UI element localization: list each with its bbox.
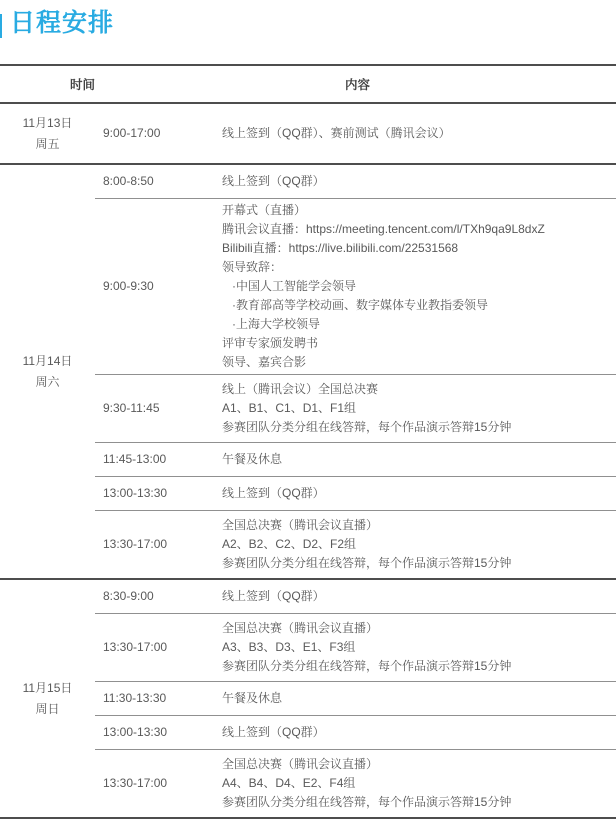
content-line: 线上签到（QQ群）	[222, 172, 610, 191]
date-line-1: 11月13日	[23, 113, 73, 134]
table-header-row: 时间 内容	[0, 64, 616, 104]
content-line: 腾讯会议直播：https://meeting.tencent.com/l/TXh…	[222, 220, 610, 239]
row-time: 8:00-8:50	[95, 172, 222, 191]
content-line: A2、B2、C2、D2、F2组	[222, 535, 610, 554]
content-line: 线上签到（QQ群）、赛前测试（腾讯会议）	[222, 124, 610, 143]
row-time: 13:30-17:00	[95, 638, 222, 657]
content-line: 线上签到（QQ群）	[222, 587, 610, 606]
table-row: 9:00-17:00 线上签到（QQ群）、赛前测试（腾讯会议）	[95, 104, 616, 163]
content-line: 参赛团队分类分组在线答辩，每个作品演示答辩15分钟	[222, 418, 610, 437]
day-block: 11月15日 周日 8:30-9:00 线上签到（QQ群） 13:30-17:0…	[0, 580, 616, 819]
content-line: 领导致辞：	[222, 258, 610, 277]
date-line-2: 周五	[35, 134, 59, 155]
row-time: 13:30-17:00	[95, 535, 222, 554]
page-title: 日程安排	[10, 8, 616, 38]
content-line: 线上（腾讯会议）全国总决赛	[222, 380, 610, 399]
content-line: A3、B3、D3、E1、F3组	[222, 638, 610, 657]
table-row: 13:00-13:30 线上签到（QQ群）	[95, 716, 616, 750]
schedule-table: 时间 内容 11月13日 周五 9:00-17:00 线上签到（QQ群）、赛前测…	[0, 64, 616, 819]
content-line: 参赛团队分类分组在线答辩，每个作品演示答辩15分钟	[222, 554, 610, 573]
row-content: 午餐及休息	[222, 450, 616, 469]
row-content: 全国总决赛（腾讯会议直播）A2、B2、C2、D2、F2组参赛团队分类分组在线答辩…	[222, 516, 616, 573]
content-line: ·中国人工智能学会领导	[222, 277, 610, 296]
content-line: 全国总决赛（腾讯会议直播）	[222, 619, 610, 638]
content-line: 领导、嘉宾合影	[222, 353, 610, 372]
row-content: 午餐及休息	[222, 689, 616, 708]
content-line: A4、B4、D4、E2、F4组	[222, 774, 610, 793]
table-row: 13:00-13:30 线上签到（QQ群）	[95, 477, 616, 511]
day-block: 11月13日 周五 9:00-17:00 线上签到（QQ群）、赛前测试（腾讯会议…	[0, 104, 616, 165]
column-header-content: 内容	[165, 66, 550, 102]
table-row: 11:30-13:30 午餐及休息	[95, 682, 616, 716]
content-line: 午餐及休息	[222, 450, 610, 469]
row-time: 13:00-13:30	[95, 723, 222, 742]
date-line-2: 周日	[35, 699, 59, 720]
table-row: 13:30-17:00 全国总决赛（腾讯会议直播）A3、B3、D3、E1、F3组…	[95, 614, 616, 682]
row-content: 线上（腾讯会议）全国总决赛A1、B1、C1、D1、F1组参赛团队分类分组在线答辩…	[222, 380, 616, 437]
row-content: 线上签到（QQ群）	[222, 484, 616, 503]
table-row: 9:30-11:45 线上（腾讯会议）全国总决赛A1、B1、C1、D1、F1组参…	[95, 375, 616, 443]
row-content: 线上签到（QQ群）、赛前测试（腾讯会议）	[222, 124, 616, 143]
left-edge-clipped-glyph	[0, 14, 2, 38]
content-line: 参赛团队分类分组在线答辩，每个作品演示答辩15分钟	[222, 793, 610, 812]
content-line: ·教育部高等学校动画、数字媒体专业教指委领导	[222, 296, 610, 315]
row-time: 9:30-11:45	[95, 399, 222, 418]
table-row: 8:30-9:00 线上签到（QQ群）	[95, 580, 616, 614]
date-cell: 11月13日 周五	[0, 104, 95, 163]
day-rows: 8:30-9:00 线上签到（QQ群） 13:30-17:00 全国总决赛（腾讯…	[95, 580, 616, 817]
column-header-time: 时间	[0, 66, 165, 102]
table-body: 11月13日 周五 9:00-17:00 线上签到（QQ群）、赛前测试（腾讯会议…	[0, 104, 616, 819]
table-row: 13:30-17:00 全国总决赛（腾讯会议直播）A2、B2、C2、D2、F2组…	[95, 511, 616, 578]
table-row: 11:45-13:00 午餐及休息	[95, 443, 616, 477]
row-content: 线上签到（QQ群）	[222, 723, 616, 742]
content-line: Bilibili直播：https://live.bilibili.com/225…	[222, 239, 610, 258]
content-line: 线上签到（QQ群）	[222, 723, 610, 742]
content-line: 全国总决赛（腾讯会议直播）	[222, 755, 610, 774]
table-row: 9:00-9:30 开幕式（直播）腾讯会议直播：https://meeting.…	[95, 199, 616, 375]
row-time: 13:30-17:00	[95, 774, 222, 793]
content-line: 午餐及休息	[222, 689, 610, 708]
row-content: 线上签到（QQ群）	[222, 172, 616, 191]
table-row: 13:30-17:00 全国总决赛（腾讯会议直播）A4、B4、D4、E2、F4组…	[95, 750, 616, 817]
row-content: 全国总决赛（腾讯会议直播）A4、B4、D4、E2、F4组参赛团队分类分组在线答辩…	[222, 755, 616, 812]
row-content: 开幕式（直播）腾讯会议直播：https://meeting.tencent.co…	[222, 201, 616, 372]
row-time: 9:00-17:00	[95, 124, 222, 143]
content-line: 线上签到（QQ群）	[222, 484, 610, 503]
row-content: 全国总决赛（腾讯会议直播）A3、B3、D3、E1、F3组参赛团队分类分组在线答辩…	[222, 619, 616, 676]
date-cell: 11月14日 周六	[0, 165, 95, 578]
day-block: 11月14日 周六 8:00-8:50 线上签到（QQ群） 9:00-9:30 …	[0, 165, 616, 580]
day-rows: 9:00-17:00 线上签到（QQ群）、赛前测试（腾讯会议）	[95, 104, 616, 163]
date-cell: 11月15日 周日	[0, 580, 95, 817]
content-line: 参赛团队分类分组在线答辩，每个作品演示答辩15分钟	[222, 657, 610, 676]
date-line-2: 周六	[35, 372, 59, 393]
content-line: ·上海大学校领导	[222, 315, 610, 334]
row-time: 11:45-13:00	[95, 450, 222, 469]
table-row: 8:00-8:50 线上签到（QQ群）	[95, 165, 616, 199]
content-line: 开幕式（直播）	[222, 201, 610, 220]
content-line: 全国总决赛（腾讯会议直播）	[222, 516, 610, 535]
row-time: 9:00-9:30	[95, 277, 222, 296]
content-line: 评审专家颁发聘书	[222, 334, 610, 353]
content-line: A1、B1、C1、D1、F1组	[222, 399, 610, 418]
date-line-1: 11月14日	[23, 351, 73, 372]
row-time: 8:30-9:00	[95, 587, 222, 606]
day-rows: 8:00-8:50 线上签到（QQ群） 9:00-9:30 开幕式（直播）腾讯会…	[95, 165, 616, 578]
row-time: 13:00-13:30	[95, 484, 222, 503]
row-time: 11:30-13:30	[95, 689, 222, 708]
date-line-1: 11月15日	[23, 678, 73, 699]
row-content: 线上签到（QQ群）	[222, 587, 616, 606]
